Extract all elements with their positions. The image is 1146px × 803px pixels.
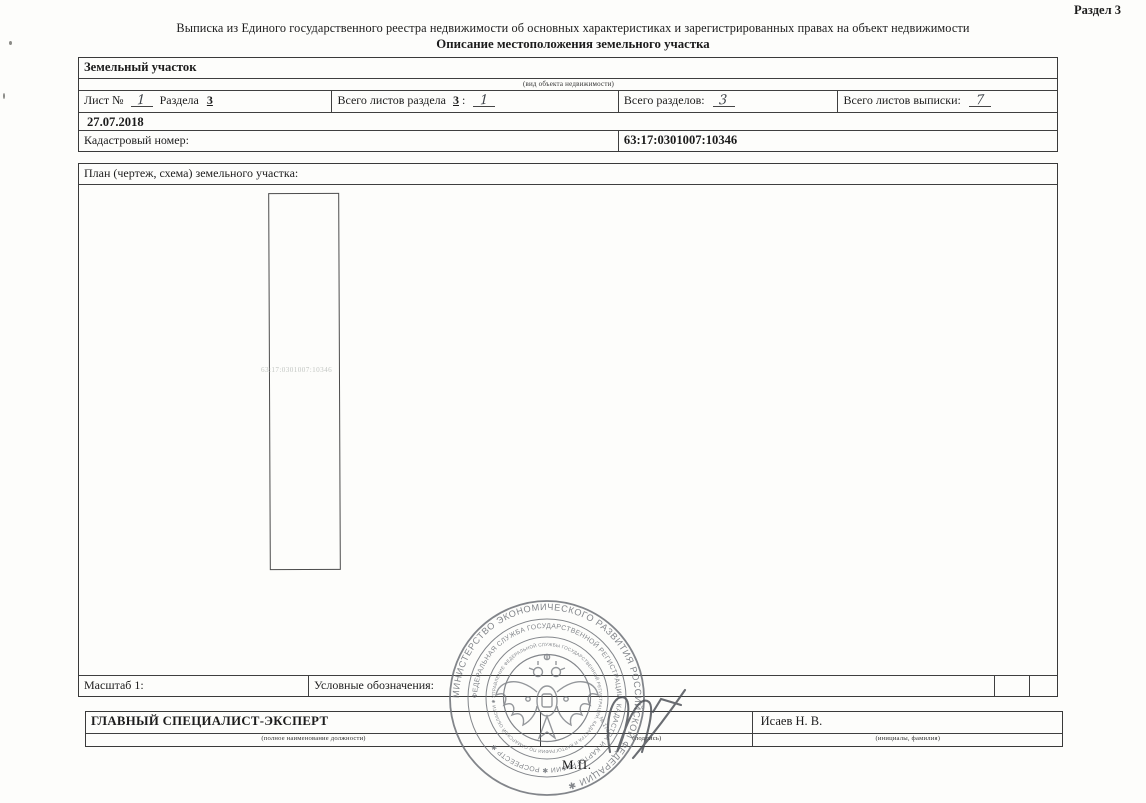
object-type-label: Земельный участок xyxy=(79,58,1057,78)
separator: : xyxy=(462,93,465,107)
sheet-number-handwritten: 1 xyxy=(137,96,146,107)
header-table: Земельный участок (вид объекта недвижимо… xyxy=(78,57,1058,152)
section-number: 3 xyxy=(207,93,213,107)
cadastral-number: 63:17:0301007:10346 xyxy=(618,131,1057,151)
date-row: 27.07.2018 xyxy=(79,112,1057,130)
legend-empty-cell-2 xyxy=(1029,676,1057,696)
scan-speck xyxy=(3,93,5,99)
legend-empty-cell-1 xyxy=(994,676,1029,696)
total-sections-handwritten: 3 xyxy=(719,96,728,107)
parcel-outline xyxy=(268,193,341,570)
section-sheets-handwritten: 1 xyxy=(480,96,489,107)
document-subtitle: Описание местоположения земельного участ… xyxy=(0,37,1146,52)
section-label: Раздел 3 xyxy=(1074,3,1121,18)
object-type-caption-row: (вид объекта недвижимости) xyxy=(79,78,1057,90)
cadastral-label: Кадастровый номер: xyxy=(79,131,618,151)
section-word: Раздела xyxy=(160,93,199,107)
stamp-inner-circle xyxy=(504,655,591,742)
parcel-cadastral-label: 63:17:0301007:10346 xyxy=(261,366,332,374)
sheet-numbers-row: Лист № 1 Раздела 3 Всего листов раздела … xyxy=(79,90,1057,112)
section-sheets-label: Всего листов раздела xyxy=(337,93,446,107)
section-sheets-section-number: 3 xyxy=(453,93,459,107)
scale-label: Масштаб 1: xyxy=(79,676,308,696)
handwritten-signature xyxy=(595,640,715,765)
cadastral-row: Кадастровый номер: 63:17:0301007:10346 xyxy=(79,130,1057,151)
name-caption: (инициалы, фамилия) xyxy=(758,735,1058,742)
signee-name: Исаев Н. В. xyxy=(752,712,1062,733)
object-type-caption: (вид объекта недвижимости) xyxy=(84,80,1053,88)
sheet-label: Лист № xyxy=(84,93,124,107)
svg-text:УПРАВЛЕНИЕ ФЕДЕРАЛЬНОЙ СЛУЖБЫ: УПРАВЛЕНИЕ ФЕДЕРАЛЬНОЙ СЛУЖБЫ ГОСУДАРСТВ… xyxy=(447,598,603,754)
total-extract-sheets-cell: Всего листов выписки: 7 xyxy=(837,91,1057,112)
object-type-row: Земельный участок xyxy=(79,58,1057,78)
total-extract-sheets-handwritten: 7 xyxy=(976,96,985,107)
total-sections-cell: Всего разделов: 3 xyxy=(618,91,838,112)
seal-place-mark: М.П. xyxy=(562,757,591,773)
sheet-number-cell: Лист № 1 Раздела 3 xyxy=(79,91,331,112)
scanned-document-page: Раздел 3 Выписка из Единого государствен… xyxy=(0,0,1146,803)
scan-speck xyxy=(9,41,12,45)
plan-title-row: План (чертеж, схема) земельного участка: xyxy=(79,164,1057,185)
stamp-inner-ring-text: УПРАВЛЕНИЕ ФЕДЕРАЛЬНОЙ СЛУЖБЫ ГОСУДАРСТВ… xyxy=(447,598,603,754)
plan-title: План (чертеж, схема) земельного участка: xyxy=(79,164,1057,184)
signature-slash-stroke xyxy=(633,690,685,758)
extract-date: 27.07.2018 xyxy=(79,113,1057,130)
section-sheets-cell: Всего листов раздела 3 : 1 xyxy=(331,91,617,112)
document-title: Выписка из Единого государственного реес… xyxy=(0,21,1146,36)
total-extract-sheets-label: Всего листов выписки: xyxy=(843,93,960,107)
eagle-emblem-icon xyxy=(496,654,598,738)
total-sections-label: Всего разделов: xyxy=(624,93,705,107)
